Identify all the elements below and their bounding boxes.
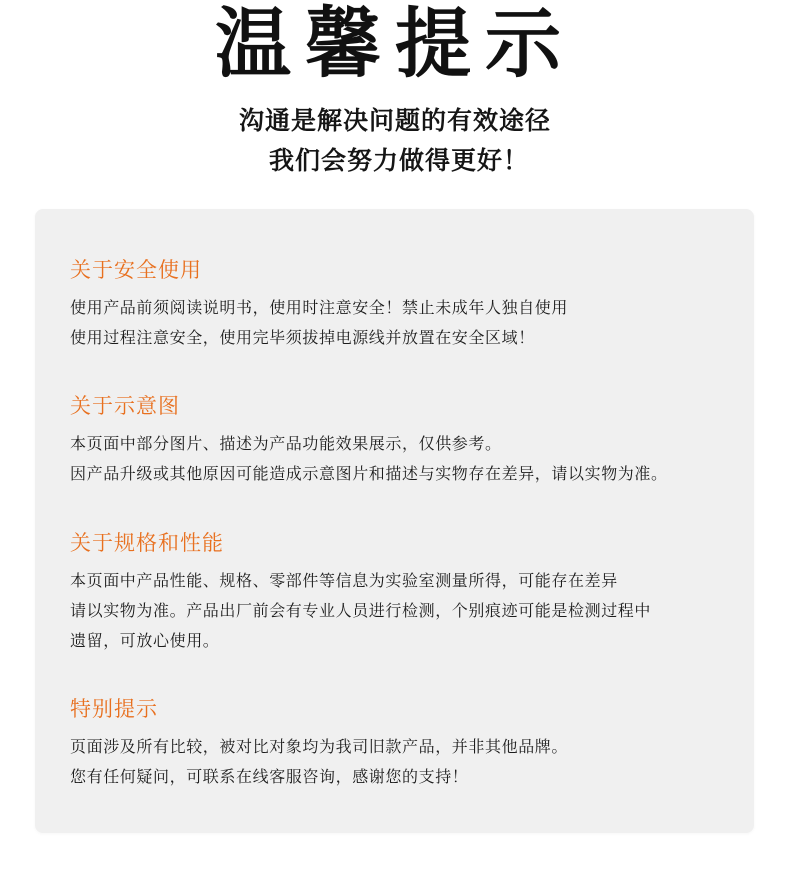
section-specifications: 关于规格和性能 本页面中产品性能、规格、零部件等信息为实验室测量所得，可能存在差… xyxy=(70,530,750,656)
section-text-line: 请以实物为准。产品出厂前会有专业人员进行检测，个别痕迹可能是检测过程中 xyxy=(70,596,750,626)
subtitle-line-2: 我们会努力做得更好！ xyxy=(4,146,790,176)
section-heading: 关于安全使用 xyxy=(70,257,750,283)
page-title: 温馨提示 xyxy=(0,0,790,90)
section-text-line: 页面涉及所有比较，被对比对象均为我司旧款产品，并非其他品牌。 xyxy=(70,732,750,762)
section-safety: 关于安全使用 使用产品前须阅读说明书，使用时注意安全！禁止未成年人独自使用 使用… xyxy=(70,257,750,353)
subtitle-line-1: 沟通是解决问题的有效途径 xyxy=(0,106,790,136)
notice-card: 关于安全使用 使用产品前须阅读说明书，使用时注意安全！禁止未成年人独自使用 使用… xyxy=(35,209,754,833)
section-special-notice: 特别提示 页面涉及所有比较，被对比对象均为我司旧款产品，并非其他品牌。 您有任何… xyxy=(70,696,750,792)
section-illustration: 关于示意图 本页面中部分图片、描述为产品功能效果展示，仅供参考。 因产品升级或其… xyxy=(70,393,750,489)
section-heading: 特别提示 xyxy=(70,696,750,722)
section-text-line: 因产品升级或其他原因可能造成示意图片和描述与实物存在差异，请以实物为准。 xyxy=(70,459,750,489)
section-text-line: 使用产品前须阅读说明书，使用时注意安全！禁止未成年人独自使用 xyxy=(70,293,750,323)
section-text-line: 使用过程注意安全，使用完毕须拔掉电源线并放置在安全区域！ xyxy=(70,323,750,353)
section-text-line: 您有任何疑问，可联系在线客服咨询，感谢您的支持！ xyxy=(70,762,750,792)
section-heading: 关于示意图 xyxy=(70,393,750,419)
section-text-line: 遗留，可放心使用。 xyxy=(70,626,750,656)
section-heading: 关于规格和性能 xyxy=(70,530,750,556)
section-text-line: 本页面中部分图片、描述为产品功能效果展示，仅供参考。 xyxy=(70,429,750,459)
section-text-line: 本页面中产品性能、规格、零部件等信息为实验室测量所得，可能存在差异 xyxy=(70,566,750,596)
